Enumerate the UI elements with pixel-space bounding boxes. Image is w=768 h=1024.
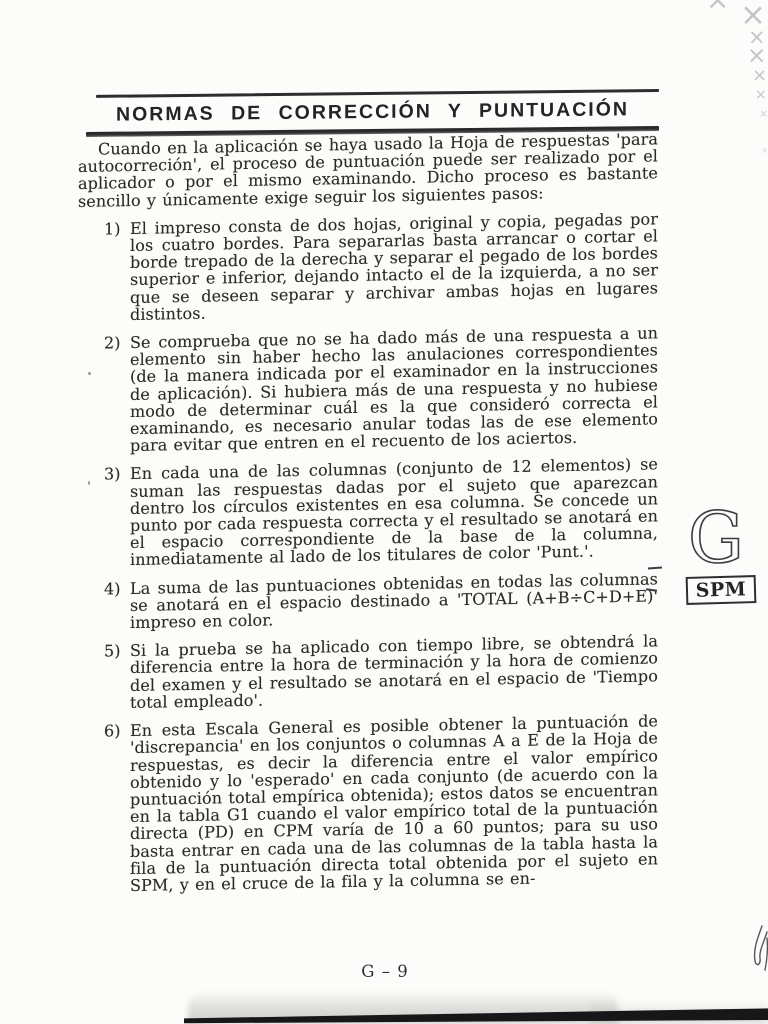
scan-cross-icon: × [761, 147, 768, 156]
scanned-page: × × × × × × × × NORMAS DE CORRECCIÓN Y P… [0, 0, 768, 1024]
step-number: 5) [104, 642, 130, 711]
ink-speck [88, 481, 90, 485]
intro-paragraph: Cuando en la aplicación se haya usado la… [78, 130, 658, 209]
step-text: Se comprueba que no se ha dado más de un… [130, 324, 658, 454]
step-number: 6) [104, 722, 130, 895]
step-text: El impreso consta de dos hojas, original… [130, 210, 658, 323]
scan-cross-icon: × [755, 88, 767, 102]
spm-badge: SPM [686, 575, 757, 605]
svg-text:G: G [688, 506, 744, 568]
step-text: Si la prueba se ha aplicado con tiempo l… [130, 633, 658, 711]
step-item-5: 5) Si la prueba se ha aplicado con tiemp… [104, 633, 658, 712]
scan-cross-icon: × [706, 0, 729, 14]
step-text: La suma de las puntuaciones obtenidas en… [130, 570, 658, 631]
main-text-column: Cuando en la aplicación se haya usado la… [78, 130, 658, 906]
step-number: 2) [104, 334, 130, 455]
step-text: En cada una de las columnas (conjunto de… [130, 456, 658, 569]
step-number: 3) [104, 466, 130, 570]
ink-speck [88, 372, 91, 375]
scan-cross-icon: × [759, 108, 768, 119]
step-item-1: 1) El impreso consta de dos hojas, origi… [104, 210, 658, 323]
step-item-3: 3) En cada una de las columnas (conjunto… [104, 456, 658, 569]
step-text: En esta Escala General es posible obtene… [130, 712, 658, 894]
step-number: 4) [104, 580, 130, 632]
page-header: NORMAS DE CORRECCIÓN Y PUNTUACIÓN [86, 89, 659, 137]
series-letter-g-outline: G [684, 506, 752, 568]
step-item-2: 2) Se comprueba que no se ha dado más de… [104, 324, 658, 455]
pen-squiggle [738, 924, 768, 972]
page-number: G – 9 [340, 962, 430, 981]
step-number: 1) [104, 220, 130, 324]
step-item-4: 4) La suma de las puntuaciones obtenidas… [104, 570, 658, 632]
step-item-6: 6) En esta Escala General es posible obt… [104, 712, 658, 894]
scan-cross-icon: × [752, 67, 767, 85]
